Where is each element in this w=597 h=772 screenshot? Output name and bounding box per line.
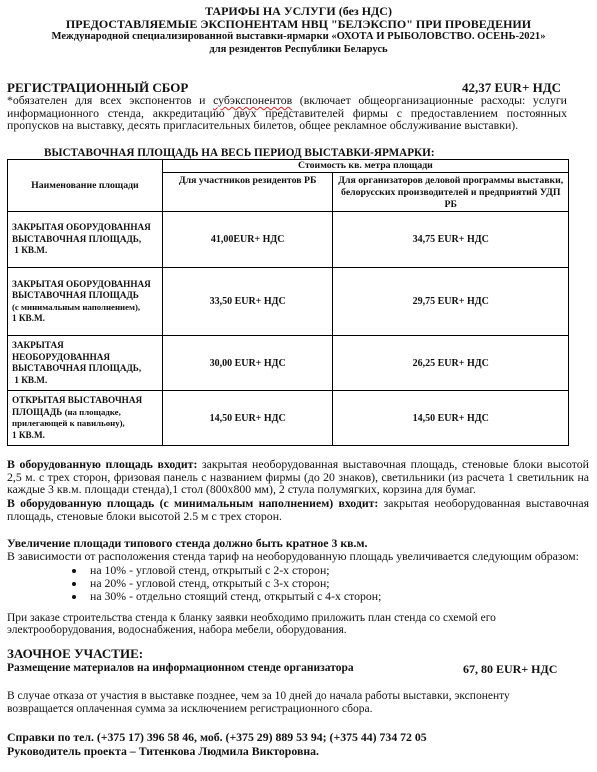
remote-participation-title: ЗАОЧНОЕ УЧАСТИЕ: [7, 646, 143, 662]
organizers-price: 34,75 EUR+ НДС [333, 212, 569, 268]
equipped-area-description: В оборудованную площадь входит: закрытая… [7, 458, 589, 496]
table-row: ЗАКРЫТАЯ ОБОРУДОВАННАЯ ВЫСТАВОЧНАЯ ПЛОЩА… [8, 268, 569, 336]
area-name-cell: ЗАКРЫТАЯ НЕОБОРУДОВАННАЯ ВЫСТАВОЧНАЯ ПЛО… [8, 336, 163, 391]
column-group-header-cost: Стоимость кв. метра площади [162, 160, 568, 173]
area-unit: 1 КВ.М. [12, 430, 45, 440]
document-subtitle: ПРЕДОСТАВЛЯЕМЫЕ ЭКСПОНЕНТАМ НВЦ "БЕЛЭКСП… [0, 18, 597, 30]
exhibition-area-title: ВЫСТАВОЧНАЯ ПЛОЩАДЬ НА ВЕСЬ ПЕРИОД ВЫСТА… [44, 147, 435, 159]
increase-list: на 10% - угловой стенд, открытый с 2-х с… [60, 564, 381, 603]
area-name: ЗАКРЫТАЯ ОБОРУДОВАННАЯ ВЫСТАВОЧНАЯ ПЛОЩА… [12, 222, 151, 244]
area-name: ЗАКРЫТАЯ ОБОРУДОВАННАЯ ВЫСТАВОЧНАЯ ПЛОЩА… [12, 279, 151, 301]
exhibition-name: Международной специализированной выставк… [0, 31, 597, 43]
stand-plan-note: При заказе строительства стенда к бланку… [7, 612, 567, 636]
column-header-organizers: Для организаторов деловой программы выст… [333, 173, 569, 212]
area-unit: 1 КВ.М. [14, 245, 47, 255]
residents-price: 14,50 EUR+ НДС [162, 391, 333, 446]
remote-service-name: Размещение материалов на информационном … [7, 662, 354, 674]
document-title: ТАРИФЫ НА УСЛУГИ (без НДС) [0, 5, 597, 17]
table-row: ЗАКРЫТАЯ НЕОБОРУДОВАННАЯ ВЫСТАВОЧНАЯ ПЛО… [8, 336, 569, 391]
project-manager: Руководитель проекта – Титенкова Людмила… [7, 744, 319, 759]
remote-service-price: 67, 80 EUR+ НДС [463, 662, 557, 677]
area-unit: 1 КВ.М. [14, 375, 47, 385]
list-item: на 30% - отдельно стоящий стенд, открыты… [86, 590, 381, 603]
price-table: Наименование площади Стоимость кв. метра… [7, 159, 569, 446]
refund-policy: В случае отказа от участия в выставке по… [7, 690, 527, 716]
column-header-area-name: Наименование площади [8, 160, 163, 212]
area-name-cell: ЗАКРЫТАЯ ОБОРУДОВАННАЯ ВЫСТАВОЧНАЯ ПЛОЩА… [8, 268, 163, 336]
column-header-residents: Для участников резидентов РБ [162, 173, 333, 212]
area-unit: 1 КВ.М. [12, 313, 45, 323]
minimal-area-description: В оборудованную площадь (с минимальным н… [7, 497, 589, 522]
increase-intro: В зависимости от расположения стенда тар… [7, 550, 597, 563]
organizers-price: 29,75 EUR+ НДС [333, 268, 569, 336]
contact-phones: Справки по тел. (+375 17) 396 58 46, моб… [7, 730, 427, 745]
area-name: ЗАКРЫТАЯ НЕОБОРУДОВАННАЯ ВЫСТАВОЧНАЯ ПЛО… [12, 340, 141, 373]
area-name-cell: ЗАКРЫТАЯ ОБОРУДОВАННАЯ ВЫСТАВОЧНАЯ ПЛОЩА… [8, 212, 163, 268]
table-row: ЗАКРЫТАЯ ОБОРУДОВАННАЯ ВЫСТАВОЧНАЯ ПЛОЩА… [8, 212, 569, 268]
audience-note: для резидентов Республики Беларусь [0, 44, 597, 56]
registration-fee-note: *обязателен для всех экспонентов и субэк… [7, 94, 567, 132]
residents-price: 41,00EUR+ НДС [162, 212, 333, 268]
organizers-price: 26,25 EUR+ НДС [333, 336, 569, 391]
area-name-cell: ОТКРЫТАЯ ВЫСТАВОЧНАЯ ПЛОЩАДЬ (на площадк… [8, 391, 163, 446]
residents-price: 30,00 EUR+ НДС [162, 336, 333, 391]
organizers-price: 14,50 EUR+ НДС [333, 391, 569, 446]
area-qualifier: (с минимальным наполнением), [12, 302, 140, 312]
table-row: ОТКРЫТАЯ ВЫСТАВОЧНАЯ ПЛОЩАДЬ (на площадк… [8, 391, 569, 446]
residents-price: 33,50 EUR+ НДС [162, 268, 333, 336]
